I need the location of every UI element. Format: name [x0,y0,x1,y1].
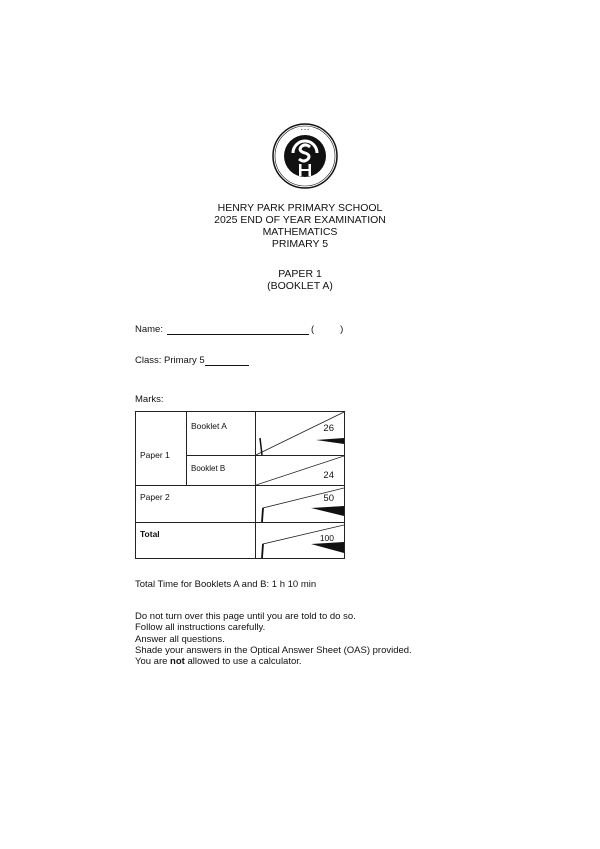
row-label-cell: Booklet A [187,412,256,456]
paper-label: PAPER 1 [0,268,600,280]
index-paren-close: ) [340,324,343,335]
name-field: Name:() [135,324,343,335]
class-field: Class: Primary 5 [135,355,249,366]
booklet-b-label: Booklet B [187,456,255,473]
row-label-cell: Paper 2 [136,486,256,523]
paper1-cell: Paper 1 [136,412,187,486]
name-label: Name: [135,324,163,335]
score-box[interactable]: 26 [256,412,345,456]
subject: MATHEMATICS [0,226,600,238]
instruction-line: Do not turn over this page until you are… [135,611,412,622]
exam-header: HENRY PARK PRIMARY SCHOOL 2025 END OF YE… [0,202,600,250]
booklet-a-total: 26 [323,423,334,434]
row-label-cell: Total [136,523,256,559]
instruction-line: You are not allowed to use a calculator. [135,656,412,667]
paper2-label: Paper 2 [136,486,255,502]
grand-total: 100 [320,533,334,543]
paper1-label: Paper 1 [140,450,170,460]
score-box[interactable]: 24 [256,456,345,486]
paper2-total: 50 [323,493,334,504]
index-paren-open: ( [311,324,314,335]
instruction-emphasis: not [170,656,185,667]
level: PRIMARY 5 [0,238,600,250]
row-label-cell: Booklet B [187,456,256,486]
svg-text:• • •: • • • [301,128,309,132]
booklet-b-total: 24 [323,470,334,481]
marks-table: Paper 1 Booklet A 26 Booklet B 24 Paper … [135,411,345,559]
instruction-line: Follow all instructions carefully. [135,622,412,633]
booklet-a-label: Booklet A [187,412,255,431]
booklet-label: (BOOKLET A) [0,280,600,292]
instruction-line: Answer all questions. [135,634,412,645]
total-label: Total [136,523,255,539]
score-box[interactable]: 100 [256,523,345,559]
marks-label: Marks: [135,394,164,405]
name-blank[interactable] [167,325,309,335]
class-blank[interactable] [205,356,249,366]
score-box[interactable]: 50 [256,486,345,523]
instruction-text: allowed to use a calculator. [185,656,302,667]
school-crest-icon: • • • [271,122,339,190]
instruction-line: Shade your answers in the Optical Answer… [135,645,412,656]
total-time: Total Time for Booklets A and B: 1 h 10 … [135,579,316,590]
school-name: HENRY PARK PRIMARY SCHOOL [0,202,600,214]
instructions: Do not turn over this page until you are… [135,611,412,667]
exam-title: 2025 END OF YEAR EXAMINATION [0,214,600,226]
paper-header: PAPER 1 (BOOKLET A) [0,268,600,292]
class-label: Class: Primary 5 [135,355,205,366]
instruction-text: You are [135,656,170,667]
